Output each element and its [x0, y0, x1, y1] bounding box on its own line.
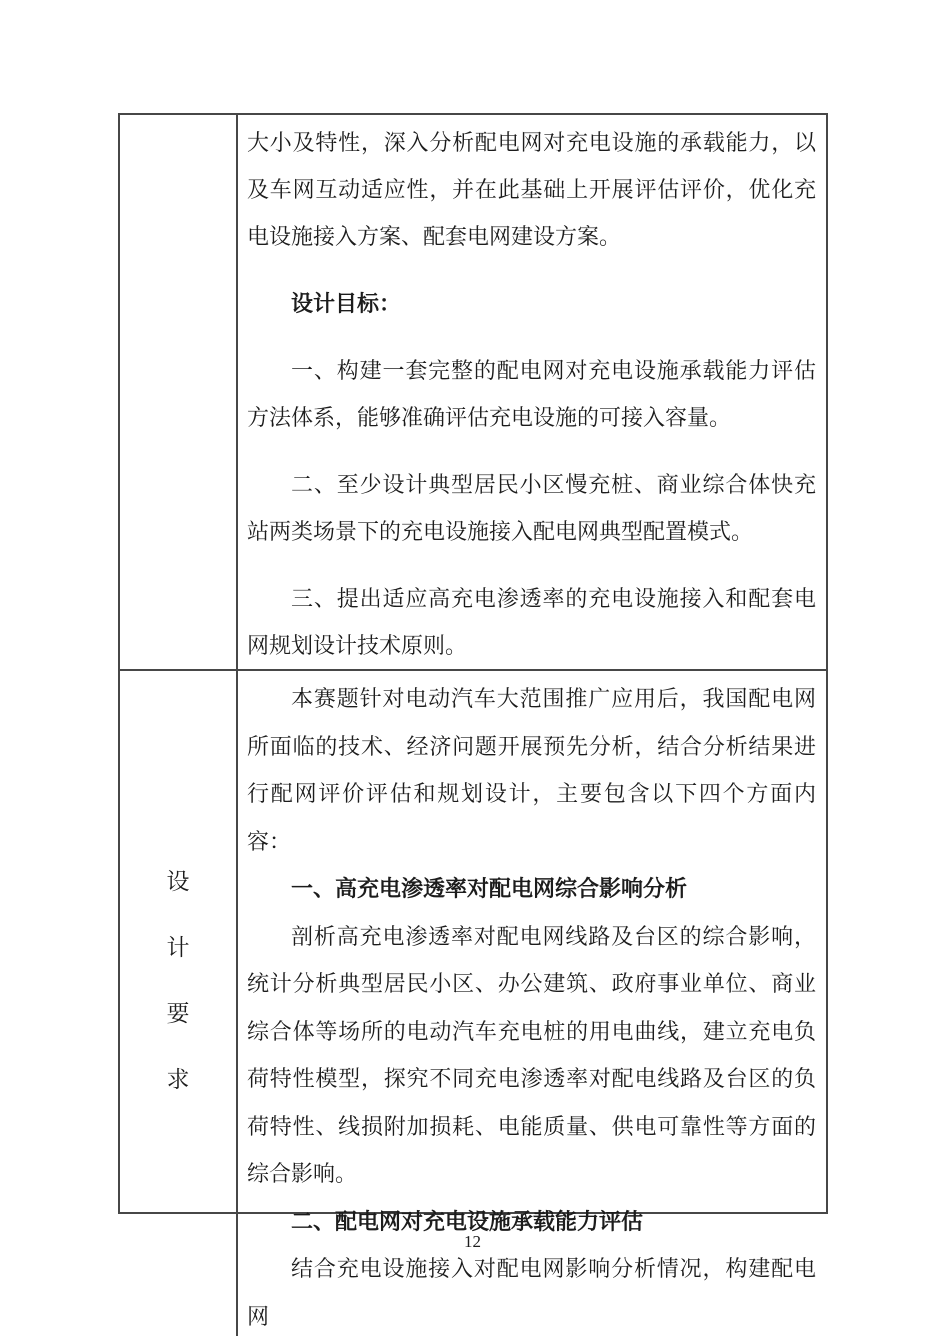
label-character: 计 — [167, 935, 190, 961]
paragraph: 一、构建一套完整的配电网对充电设施承载能力评估方法体系，能够准确评估充电设施的可… — [247, 347, 816, 441]
document-page: 大小及特性，深入分析配电网对充电设施的承载能力，以及车网互动适应性，并在此基础上… — [0, 0, 945, 1336]
section-heading: 设计目标： — [247, 280, 816, 327]
table-row-design-goals: 大小及特性，深入分析配电网对充电设施的承载能力，以及车网互动适应性，并在此基础上… — [120, 115, 826, 671]
paragraph: 剖析高充电渗透率对配电网线路及台区的综合影响，统计分析典型居民小区、办公建筑、政… — [247, 913, 816, 1198]
vertical-label-design-requirements: 设计要求 — [167, 869, 190, 1093]
design-goals-content-cell: 大小及特性，深入分析配电网对充电设施的承载能力，以及车网互动适应性，并在此基础上… — [238, 115, 826, 669]
requirements-table: 大小及特性，深入分析配电网对充电设施的承载能力，以及车网互动适应性，并在此基础上… — [118, 113, 828, 1214]
paragraph: 结合充电设施接入对配电网影响分析情况，构建配电网 — [247, 1245, 816, 1336]
label-character: 求 — [167, 1067, 190, 1093]
label-character: 要 — [167, 1001, 190, 1027]
row-label-cell-empty — [120, 115, 238, 669]
paragraph: 大小及特性，深入分析配电网对充电设施的承载能力，以及车网互动适应性，并在此基础上… — [247, 119, 816, 260]
paragraph: 三、提出适应高充电渗透率的充电设施接入和配套电网规划设计技术原则。 — [247, 575, 816, 669]
paragraph: 二、至少设计典型居民小区慢充桩、商业综合体快充站两类场景下的充电设施接入配电网典… — [247, 461, 816, 555]
label-character: 设 — [167, 869, 190, 895]
section-heading: 一、高充电渗透率对配电网综合影响分析 — [247, 865, 816, 913]
paragraph: 本赛题针对电动汽车大范围推广应用后，我国配电网所面临的技术、经济问题开展预先分析… — [247, 675, 816, 865]
page-number: 12 — [0, 1232, 945, 1252]
